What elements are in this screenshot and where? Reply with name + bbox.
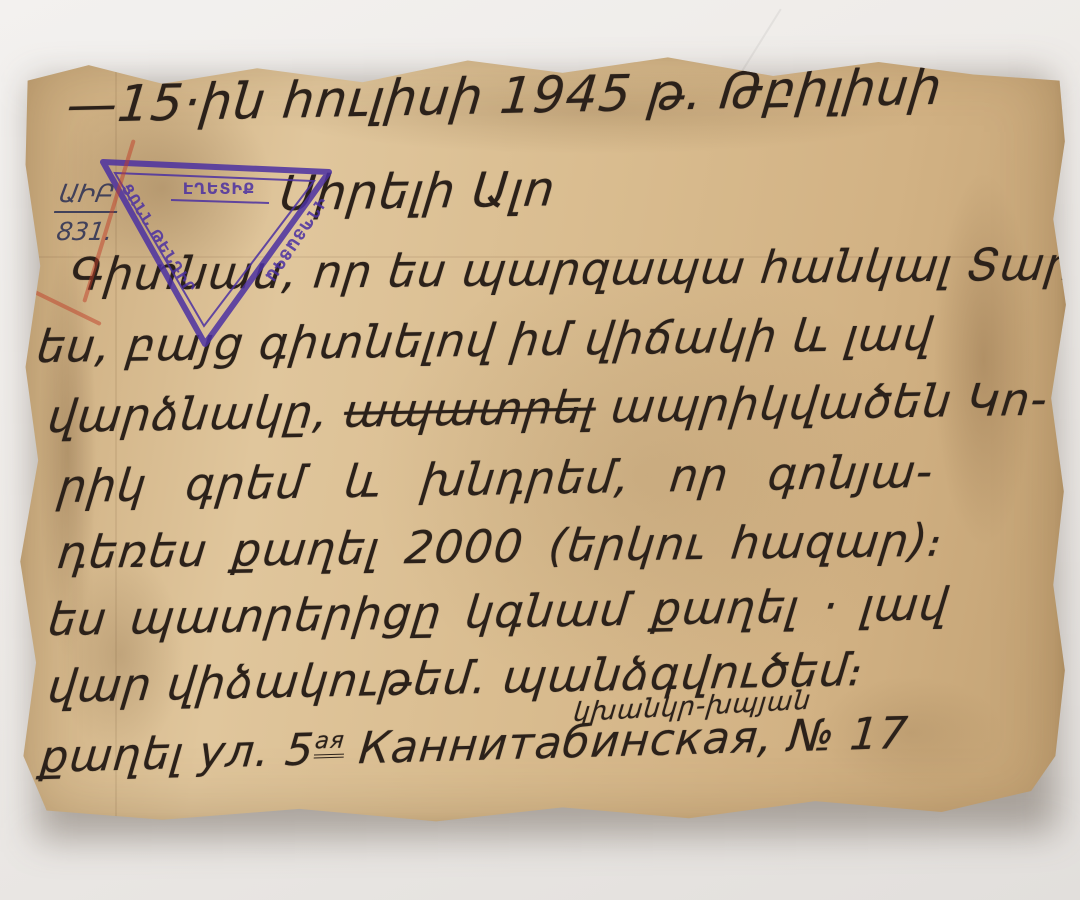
photograph: —15·ին հուլիսի 1945 թ. Թբիլիսի Սիրելի Ալ… bbox=[0, 0, 1080, 900]
letter-paper: —15·ին հուլիսի 1945 թ. Թբիլիսի Սիրելի Ալ… bbox=[15, 48, 1068, 826]
censor-stamp: ԷՂԵՏԻՔ ՑՈՆՆ ԹԵՆԴԻՐ ՎՂՊՅԱՑԳԱ bbox=[87, 148, 349, 360]
handwriting-segment: ապրիկվածեն Կո- bbox=[593, 373, 1050, 434]
handwriting-line-date: —15·ին հուլիսի 1945 թ. Թբիլիսի bbox=[64, 58, 945, 134]
stamp-right-text: ՎՂՊՅԱՑԳԱ bbox=[261, 194, 331, 286]
handwriting-segment: Каннитабинская, № 17 bbox=[342, 708, 911, 775]
handwriting-line-amount: դեռես քաղել 2000 (երկու հազար)։ bbox=[55, 514, 947, 579]
censor-stamp-triangle: ԷՂԵՏԻՔ ՑՈՆՆ ԹԵՆԴԻՐ ՎՂՊՅԱՑԳԱ bbox=[87, 148, 349, 360]
registry-value: 831. bbox=[55, 213, 123, 247]
handwriting-line: րիկ գրեմ և խնդրեմ, որ գոնյա- bbox=[55, 445, 936, 513]
stamp-underline bbox=[171, 200, 269, 203]
handwriting-line: վարձնակը, ապատրել ապրիկվածեն Կո- bbox=[45, 373, 1050, 444]
handwriting-segment: վարձնակը, bbox=[45, 385, 347, 443]
superscript-ordinal: ая bbox=[313, 728, 346, 759]
handwriting-segment: քաղել ул. 5 bbox=[38, 724, 316, 783]
struck-through-word: ապատրել bbox=[342, 380, 599, 437]
handwriting-line: ես պատրերիցը կգնամ քաղել · լավ bbox=[45, 577, 951, 646]
stamp-top-text: ԷՂԵՏԻՔ bbox=[183, 179, 255, 198]
handwriting-line-address: քաղել ул. 5ая Каннитабинская, № 17 bbox=[38, 708, 910, 783]
